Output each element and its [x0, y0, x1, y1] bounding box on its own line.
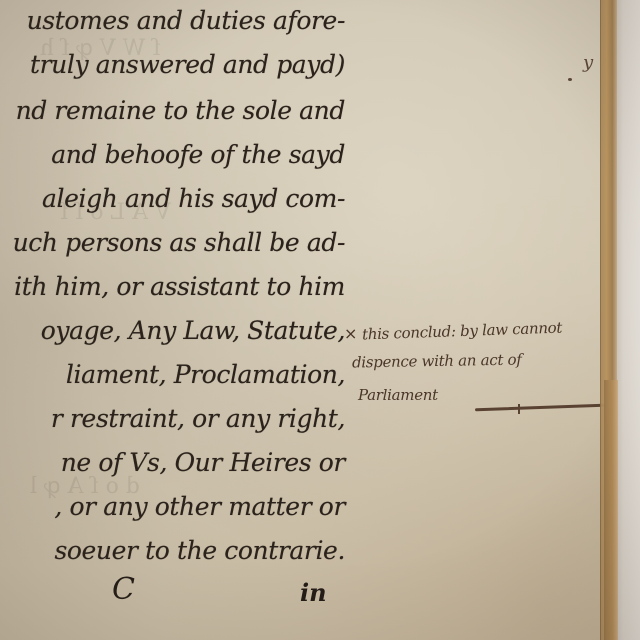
- annotation-underline-tick: [518, 404, 520, 414]
- annotation-line: this conclud: by law cannot: [362, 319, 563, 344]
- text-line: and behoofe of the sayd: [51, 140, 345, 170]
- cross-mark-icon: ×: [344, 324, 357, 343]
- text-line: nd remaine to the sole and: [16, 96, 345, 126]
- text-line: r restraint, or any right,: [51, 404, 345, 434]
- signature-mark: C: [112, 572, 135, 607]
- text-line: ith him, or assistant to him: [14, 272, 345, 302]
- photo-scene: ſ W V ꝙ ſ h V A L o ſ ſ d o ſ A ꝙ l usto…: [0, 0, 640, 640]
- ink-dot: [568, 78, 572, 81]
- annotation-line: dispence with an act of: [352, 351, 522, 372]
- catchword: in: [300, 578, 327, 607]
- text-line: ne of Vs, Our Heires or: [61, 448, 345, 478]
- top-margin-mark: y: [583, 52, 593, 73]
- annotation-underline: [475, 404, 605, 412]
- text-line: aleigh and his sayd com-: [42, 184, 345, 214]
- text-line: , or any other matter or: [54, 492, 345, 522]
- text-line: oyage, Any Law, Statute,: [41, 316, 345, 346]
- text-line: soeuer to the contrarie.: [54, 536, 345, 566]
- annotation-line: Parliament: [358, 386, 438, 404]
- page-edge-shadow: [604, 380, 618, 640]
- text-line: ustomes and duties afore-: [27, 6, 345, 36]
- printed-text-block: ustomes and duties afore- truly answered…: [0, 0, 345, 640]
- text-line: liament, Proclamation,: [66, 360, 345, 390]
- text-line: truly answered and payd): [30, 50, 345, 80]
- handwritten-marginal-note: × this conclud: by law cannot dispence w…: [340, 310, 610, 420]
- text-line: uch persons as shall be ad-: [13, 228, 345, 258]
- book-page: ſ W V ꝙ ſ h V A L o ſ ſ d o ſ A ꝙ l usto…: [0, 0, 606, 640]
